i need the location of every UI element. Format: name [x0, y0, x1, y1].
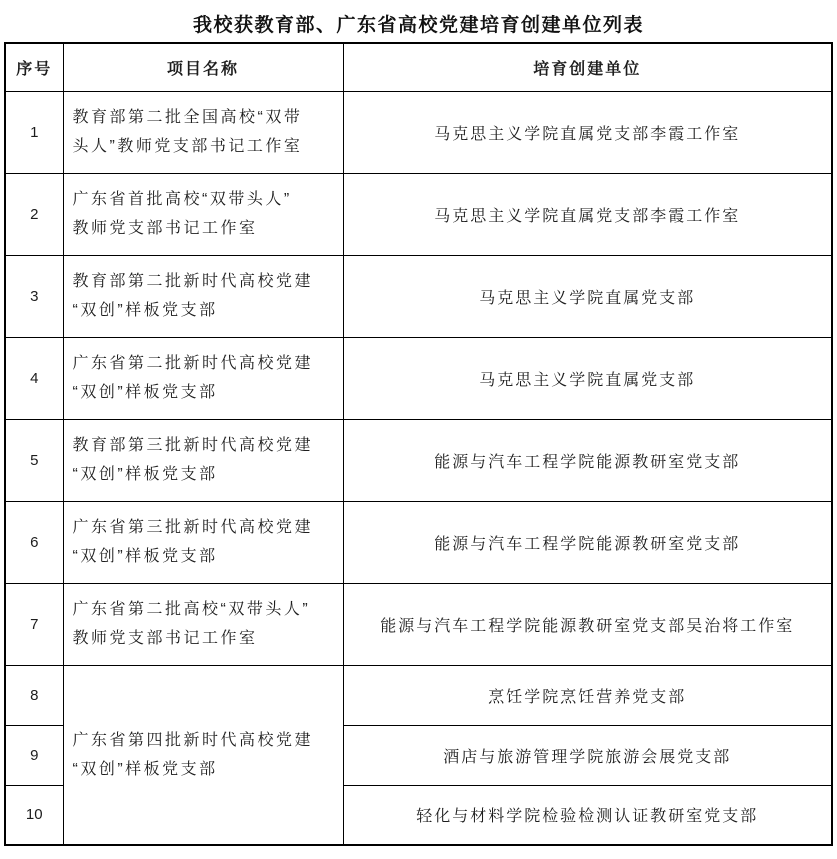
row-number-cell: 4	[5, 337, 63, 419]
table-row: 8广东省第四批新时代高校党建 “双创”样板党支部烹饪学院烹饪营养党支部	[5, 665, 832, 725]
unit-cell: 酒店与旅游管理学院旅游会展党支部	[343, 725, 832, 785]
row-number-cell: 7	[5, 583, 63, 665]
project-name-cell: 教育部第三批新时代高校党建 “双创”样板党支部	[63, 419, 343, 501]
unit-cell: 能源与汽车工程学院能源教研室党支部	[343, 501, 832, 583]
project-name-cell: 广东省第四批新时代高校党建 “双创”样板党支部	[63, 665, 343, 845]
unit-cell: 马克思主义学院直属党支部李霞工作室	[343, 91, 832, 173]
table-row: 2广东省首批高校“双带头人” 教师党支部书记工作室马克思主义学院直属党支部李霞工…	[5, 173, 832, 255]
unit-cell: 烹饪学院烹饪营养党支部	[343, 665, 832, 725]
unit-cell: 马克思主义学院直属党支部李霞工作室	[343, 173, 832, 255]
table-row: 1教育部第二批全国高校“双带 头人”教师党支部书记工作室马克思主义学院直属党支部…	[5, 91, 832, 173]
document-page: 我校获教育部、广东省高校党建培育创建单位列表 序号 项目名称 培育创建单位 1教…	[0, 0, 837, 859]
project-name-cell: 广东省第二批新时代高校党建 “双创”样板党支部	[63, 337, 343, 419]
unit-cell: 能源与汽车工程学院能源教研室党支部吴治将工作室	[343, 583, 832, 665]
award-table: 序号 项目名称 培育创建单位 1教育部第二批全国高校“双带 头人”教师党支部书记…	[4, 42, 833, 846]
table-row: 6广东省第三批新时代高校党建 “双创”样板党支部能源与汽车工程学院能源教研室党支…	[5, 501, 832, 583]
header-unit: 培育创建单位	[343, 43, 832, 91]
header-row: 序号 项目名称 培育创建单位	[5, 43, 832, 91]
table-row: 4广东省第二批新时代高校党建 “双创”样板党支部马克思主义学院直属党支部	[5, 337, 832, 419]
row-number-cell: 10	[5, 785, 63, 845]
row-number-cell: 5	[5, 419, 63, 501]
page-title: 我校获教育部、广东省高校党建培育创建单位列表	[4, 4, 833, 42]
header-no: 序号	[5, 43, 63, 91]
row-number-cell: 6	[5, 501, 63, 583]
row-number-cell: 1	[5, 91, 63, 173]
project-name-cell: 广东省第三批新时代高校党建 “双创”样板党支部	[63, 501, 343, 583]
row-number-cell: 3	[5, 255, 63, 337]
project-name-cell: 教育部第二批新时代高校党建 “双创”样板党支部	[63, 255, 343, 337]
row-number-cell: 9	[5, 725, 63, 785]
project-name-cell: 广东省第二批高校“双带头人” 教师党支部书记工作室	[63, 583, 343, 665]
row-number-cell: 2	[5, 173, 63, 255]
row-number-cell: 8	[5, 665, 63, 725]
unit-cell: 马克思主义学院直属党支部	[343, 337, 832, 419]
table-row: 7广东省第二批高校“双带头人” 教师党支部书记工作室能源与汽车工程学院能源教研室…	[5, 583, 832, 665]
unit-cell: 轻化与材料学院检验检测认证教研室党支部	[343, 785, 832, 845]
table-row: 3教育部第二批新时代高校党建 “双创”样板党支部马克思主义学院直属党支部	[5, 255, 832, 337]
header-project: 项目名称	[63, 43, 343, 91]
project-name-cell: 教育部第二批全国高校“双带 头人”教师党支部书记工作室	[63, 91, 343, 173]
project-name-cell: 广东省首批高校“双带头人” 教师党支部书记工作室	[63, 173, 343, 255]
unit-cell: 能源与汽车工程学院能源教研室党支部	[343, 419, 832, 501]
table-row: 5教育部第三批新时代高校党建 “双创”样板党支部能源与汽车工程学院能源教研室党支…	[5, 419, 832, 501]
unit-cell: 马克思主义学院直属党支部	[343, 255, 832, 337]
